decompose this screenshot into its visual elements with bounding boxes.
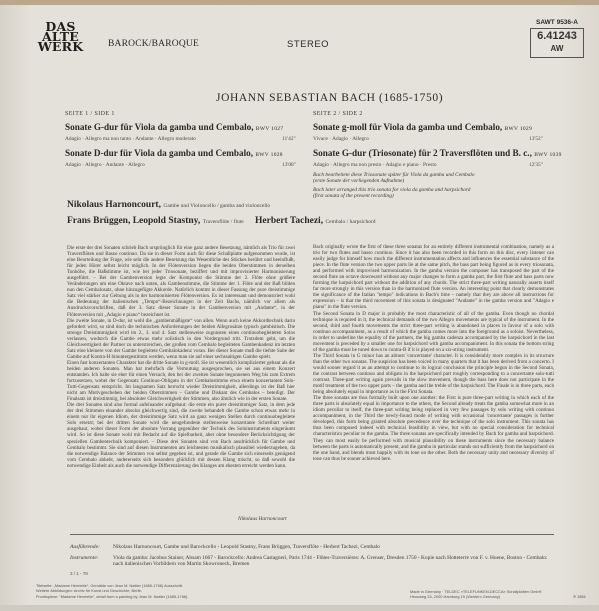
- work-bwv: BWV 1029: [505, 126, 533, 132]
- arrangement-note-de: Bach bearbeitete diese Triosonate später…: [313, 172, 475, 184]
- essay-paragraph: Die zweite Sonate, in D-dur, ist wohl di…: [67, 318, 295, 360]
- note-line: (first sonata of the present recording): [313, 193, 470, 199]
- work-title: Sonate g-moll für Viola da gamba und Cem…: [313, 122, 502, 132]
- essay-paragraph: The Second Sonata in D major is probably…: [313, 311, 554, 353]
- essay-paragraph: The Third Sonata in G minor has an almos…: [313, 353, 554, 395]
- instruments-credit-text: Viola da gamba: Jacobus Stainer, Absam 1…: [113, 555, 558, 568]
- das-alte-werk-logo: DAS ALTE WERK: [33, 22, 88, 52]
- catalog-top: SAWT 9536-A: [536, 19, 578, 26]
- work-bwv: BWV 1027: [256, 126, 284, 132]
- essay-paragraph: Einen fast konzertanten Charakter hat di…: [67, 360, 295, 402]
- sleeve-bottom-edge: [0, 605, 599, 611]
- essay-paragraph: Bach originally wrote the first of these…: [313, 244, 554, 311]
- work-bwv: BWV 1028: [255, 152, 283, 158]
- performers-credit-text: Nikolaus Harnoncourt, Gambe und Barockce…: [113, 544, 558, 550]
- side1-work-1-movements: Adagio · Allegro ma non tanto · Andante …: [65, 136, 196, 142]
- composer-title: JOHANN SEBASTIAN BACH (1685-1750): [216, 92, 443, 104]
- essay-paragraph: Die erste der drei Sonaten schrieb Bach …: [67, 245, 295, 318]
- side2-work-2-duration: 12'35": [529, 162, 543, 168]
- print-date: 3 / 1 - 78: [70, 571, 88, 576]
- work-title: Sonate G-dur für Viola da gamba und Cemb…: [65, 122, 254, 132]
- picture-credits: Titelseite: „Madame Henriette“, Gemälde …: [36, 583, 188, 599]
- performer-role: Traversflöte / flute: [203, 219, 244, 225]
- performer-tachezi: Herbert Tachezi, Cembalo / harpsichord: [255, 216, 376, 226]
- essay-signature: Nikolaus Harnoncourt: [238, 516, 287, 522]
- performer-name: Frans Brüggen, Leopold Stastny,: [67, 216, 200, 226]
- work-bwv: BWV 1039: [534, 152, 562, 158]
- essay-paragraph: The three sonatas are thus formally buil…: [313, 395, 554, 462]
- divider-rule: [70, 534, 554, 535]
- performers-credit-label: Ausführende:: [70, 544, 100, 550]
- side1-work-1: Sonate G-dur für Viola da gamba und Cemb…: [65, 122, 283, 132]
- side2-label: SEITE 2 / SIDE 2: [313, 111, 363, 117]
- performer-name: Herbert Tachezi,: [255, 216, 323, 226]
- phonogram-copyright: ℗ 1966: [573, 594, 586, 599]
- side2-work-1-duration: 13'52": [529, 136, 543, 142]
- series-label: BAROCK/BAROQUE: [108, 39, 199, 49]
- side1-work-1-duration: 11'42": [282, 136, 296, 142]
- side2-work-2-movements: Adagio · Allegro ma non presto · Adagio …: [313, 162, 437, 168]
- side1-label: SEITE 1 / SIDE 1: [65, 111, 115, 117]
- imprint-line: Heusweg 25, 2000 Hamburg 19 (Western Ger…: [410, 594, 541, 599]
- imprint: Made in Germany · TELDEC »TELEFUNKEN-DEC…: [410, 589, 541, 599]
- performer-name: Nikolaus Harnoncourt,: [67, 200, 161, 210]
- performer-bruggen-stastny: Frans Brüggen, Leopold Stastny, Traversf…: [67, 216, 244, 226]
- essay-paragraph: Die drei Sonaten sind also formal aufein…: [67, 402, 295, 469]
- side2-work-1: Sonate g-moll für Viola da gamba und Cem…: [313, 122, 532, 132]
- catalog-suffix: AW: [531, 44, 583, 54]
- work-title: Sonate D-dur für Viola da gamba und Cemb…: [65, 148, 253, 158]
- side2-work-2: Sonate G-dur (Triosonate) für 2 Traversf…: [313, 148, 562, 158]
- logo-line: WERK: [33, 42, 88, 52]
- performer-harnoncourt: Nikolaus Harnoncourt, Gambe und Violonce…: [67, 200, 270, 210]
- liner-notes-german: Die erste der drei Sonaten schrieb Bach …: [67, 245, 295, 508]
- liner-notes-english: Bach originally wrote the first of these…: [313, 244, 554, 517]
- format-label: STEREO: [287, 39, 329, 50]
- instruments-credit-label: Instrumente:: [70, 555, 99, 561]
- work-title: Sonate G-dur (Triosonate) für 2 Traversf…: [313, 148, 532, 158]
- side1-work-2: Sonate D-dur für Viola da gamba und Cemb…: [65, 148, 283, 158]
- note-line: (erste Sonate der vorliegenden Aufnahme): [313, 178, 475, 184]
- performer-role: Gambe und Violoncello / gamba and violon…: [163, 203, 270, 209]
- arrangement-note-en: Bach later arranged this trio sonata for…: [313, 187, 470, 199]
- side1-work-2-movements: Adagio · Allegro · Andante · Allegro: [65, 162, 145, 168]
- catalog-number: 6.41243: [531, 29, 583, 44]
- performer-role: Cembalo / harpsichord: [325, 219, 375, 225]
- catalog-box: 6.41243 AW: [530, 28, 584, 58]
- picture-credit-line: Frontispiece: "Madame Henriette", detail…: [36, 594, 188, 599]
- side2-work-1-movements: Vivace · Adagio · Allegro: [313, 136, 369, 142]
- side1-work-2-duration: 13'08": [282, 162, 296, 168]
